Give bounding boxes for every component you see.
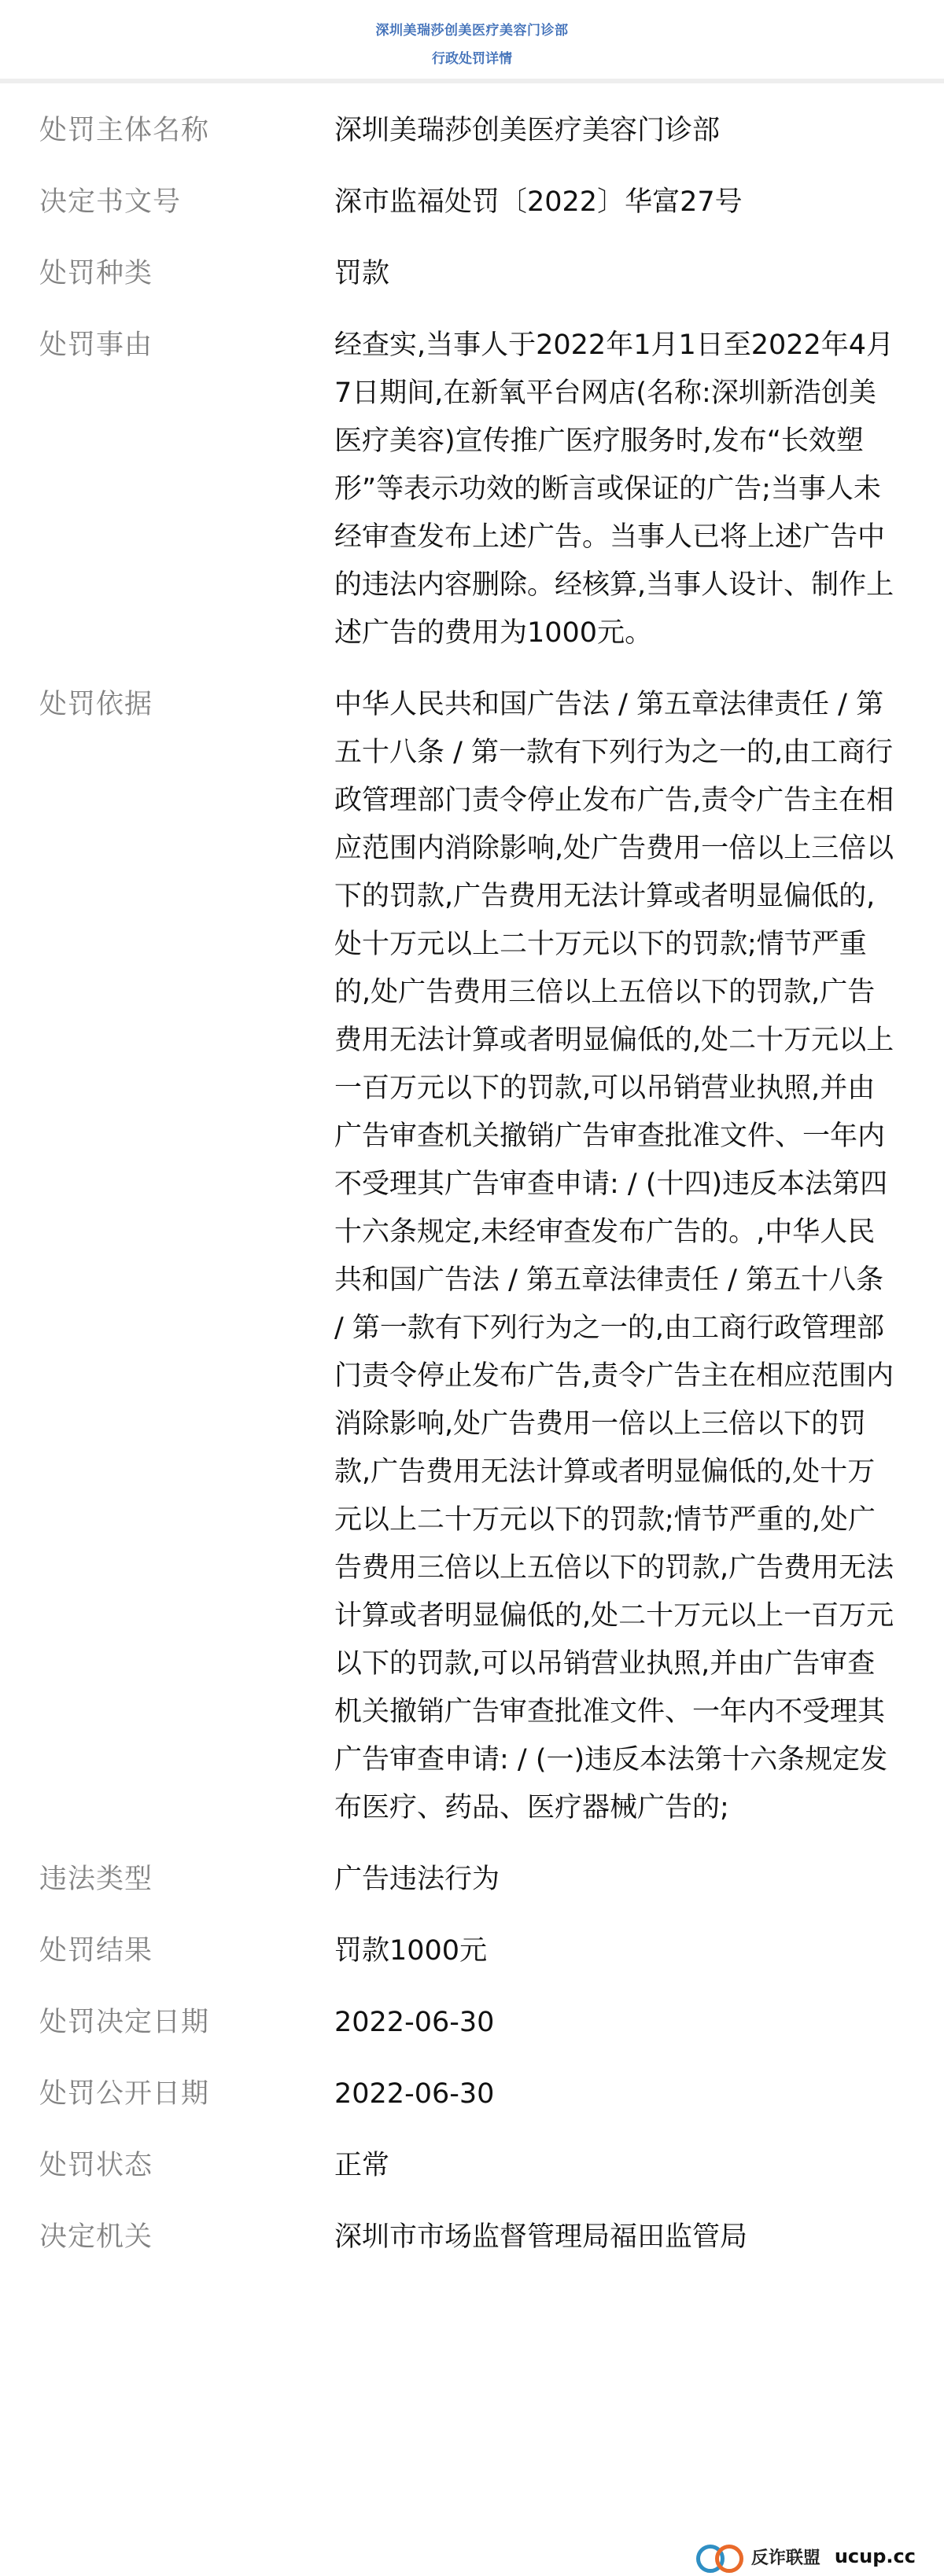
detail-value: 广告违法行为 bbox=[334, 1856, 901, 1904]
detail-value: 深圳市市场监督管理局福田监管局 bbox=[334, 2214, 901, 2261]
detail-row-penalty-type: 处罚种类 罚款 bbox=[0, 250, 944, 298]
detail-row-decision-date: 处罚决定日期 2022-06-30 bbox=[0, 1999, 944, 2047]
detail-value: 深圳美瑞莎创美医疗美容门诊部 bbox=[334, 107, 901, 155]
detail-label: 决定机关 bbox=[0, 2214, 334, 2261]
detail-row-decision-number: 决定书文号 深市监福处罚〔2022〕华富27号 bbox=[0, 178, 944, 226]
page-subtitle: 行政处罚详情 bbox=[0, 47, 944, 67]
watermark-domain: ucup.cc bbox=[835, 2545, 916, 2567]
detail-label: 处罚结果 bbox=[0, 1927, 334, 1975]
detail-label: 处罚种类 bbox=[0, 250, 334, 298]
detail-label: 决定书文号 bbox=[0, 178, 334, 226]
detail-label: 处罚状态 bbox=[0, 2142, 334, 2190]
detail-value: 正常 bbox=[334, 2142, 901, 2190]
linked-rings-logo-icon bbox=[696, 2543, 743, 2570]
ring-right-icon bbox=[715, 2545, 743, 2573]
detail-row-penalty-result: 处罚结果 罚款1000元 bbox=[0, 1927, 944, 1975]
detail-value: 2022-06-30 bbox=[334, 1999, 901, 2047]
detail-row-penalty-basis: 处罚依据 中华人民共和国广告法 / 第五章法律责任 / 第五十八条 / 第一款有… bbox=[0, 681, 944, 1832]
detail-value: 经查实,当事人于2022年1月1日至2022年4月7日期间,在新氧平台网店(名称… bbox=[334, 322, 901, 657]
detail-label: 处罚依据 bbox=[0, 681, 334, 729]
penalty-detail-list: 处罚主体名称 深圳美瑞莎创美医疗美容门诊部 决定书文号 深市监福处罚〔2022〕… bbox=[0, 83, 944, 2261]
detail-value: 罚款 bbox=[334, 250, 901, 298]
detail-value: 深市监福处罚〔2022〕华富27号 bbox=[334, 178, 901, 226]
page-title: 深圳美瑞莎创美医疗美容门诊部 bbox=[0, 19, 944, 39]
detail-label: 处罚公开日期 bbox=[0, 2070, 334, 2118]
detail-value: 罚款1000元 bbox=[334, 1927, 901, 1975]
detail-label: 处罚决定日期 bbox=[0, 1999, 334, 2047]
detail-row-subject-name: 处罚主体名称 深圳美瑞莎创美医疗美容门诊部 bbox=[0, 107, 944, 155]
detail-row-violation-type: 违法类型 广告违法行为 bbox=[0, 1856, 944, 1904]
detail-label: 处罚事由 bbox=[0, 322, 334, 370]
watermark-brand: 反诈联盟 bbox=[751, 2545, 820, 2569]
detail-row-publish-date: 处罚公开日期 2022-06-30 bbox=[0, 2070, 944, 2118]
page-header: 深圳美瑞莎创美医疗美容门诊部 行政处罚详情 bbox=[0, 0, 944, 79]
detail-row-penalty-reason: 处罚事由 经查实,当事人于2022年1月1日至2022年4月7日期间,在新氧平台… bbox=[0, 322, 944, 657]
detail-label: 违法类型 bbox=[0, 1856, 334, 1904]
watermark: 反诈联盟 ucup.cc bbox=[696, 2543, 916, 2570]
detail-row-deciding-authority: 决定机关 深圳市市场监督管理局福田监管局 bbox=[0, 2214, 944, 2261]
detail-value: 中华人民共和国广告法 / 第五章法律责任 / 第五十八条 / 第一款有下列行为之… bbox=[334, 681, 901, 1832]
detail-value: 2022-06-30 bbox=[334, 2070, 901, 2118]
detail-label: 处罚主体名称 bbox=[0, 107, 334, 155]
detail-row-penalty-status: 处罚状态 正常 bbox=[0, 2142, 944, 2190]
